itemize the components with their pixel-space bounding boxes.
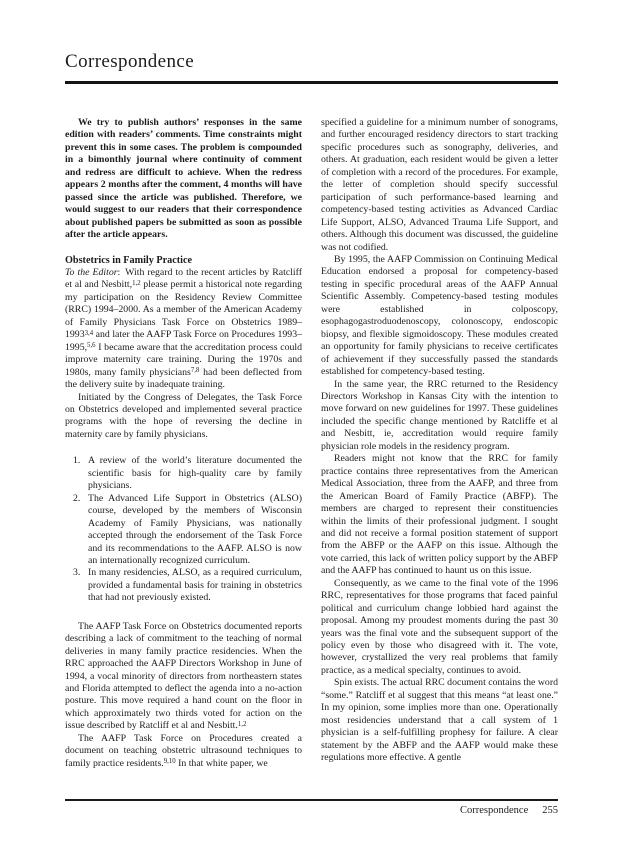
title-rule xyxy=(65,81,558,84)
paragraph-to-the-editor: To the Editor: With regard to the recent… xyxy=(65,267,302,392)
list-item: 1. A review of the world’s literature do… xyxy=(65,455,302,492)
page-footer: Correspondence255 xyxy=(65,799,558,816)
paragraph: Spin exists. The actual RRC document con… xyxy=(321,677,558,764)
journal-page: Correspondence We try to publish authors… xyxy=(0,0,620,847)
paragraph: Initiated by the Congress of Delegates, … xyxy=(65,392,302,442)
right-column: specified a guideline for a minimum numb… xyxy=(321,117,558,795)
paragraph: The AAFP Task Force on Obstetrics docume… xyxy=(65,621,302,733)
paragraph: Readers might not know that the RRC for … xyxy=(321,453,558,578)
list-item-number: 1. xyxy=(73,455,80,467)
footer-running-head: Correspondence xyxy=(460,805,528,816)
list-item: 3. In many residencies, ALSO, as a requi… xyxy=(65,567,302,604)
editor-note: We try to publish authors’ responses in … xyxy=(65,117,302,242)
list-item: 2. The Advanced Life Support in Obstetri… xyxy=(65,493,302,568)
paragraph: Consequently, as we came to the final vo… xyxy=(321,578,558,678)
two-column-body: We try to publish authors’ responses in … xyxy=(65,117,558,795)
list-item-text: In many residencies, ALSO, as a required… xyxy=(88,567,302,603)
list-item-text: The Advanced Life Support in Obstetrics … xyxy=(88,493,302,566)
page-content: Correspondence We try to publish authors… xyxy=(65,50,558,795)
numbered-list: 1. A review of the world’s literature do… xyxy=(65,455,302,604)
list-item-number: 2. xyxy=(73,493,80,505)
list-item-number: 3. xyxy=(73,567,80,579)
paragraph: The AAFP Task Force on Procedures create… xyxy=(65,733,302,770)
footer-page-number: 255 xyxy=(542,805,558,816)
left-column: We try to publish authors’ responses in … xyxy=(65,117,302,795)
paragraph: specified a guideline for a minimum numb… xyxy=(321,117,558,254)
paragraph: In the same year, the RRC returned to th… xyxy=(321,379,558,454)
paragraph: By 1995, the AAFP Commission on Continui… xyxy=(321,254,558,379)
list-item-text: A review of the world’s literature docum… xyxy=(88,455,302,491)
section-heading: Obstetrics in Family Practice xyxy=(65,255,302,267)
page-title: Correspondence xyxy=(65,50,558,73)
